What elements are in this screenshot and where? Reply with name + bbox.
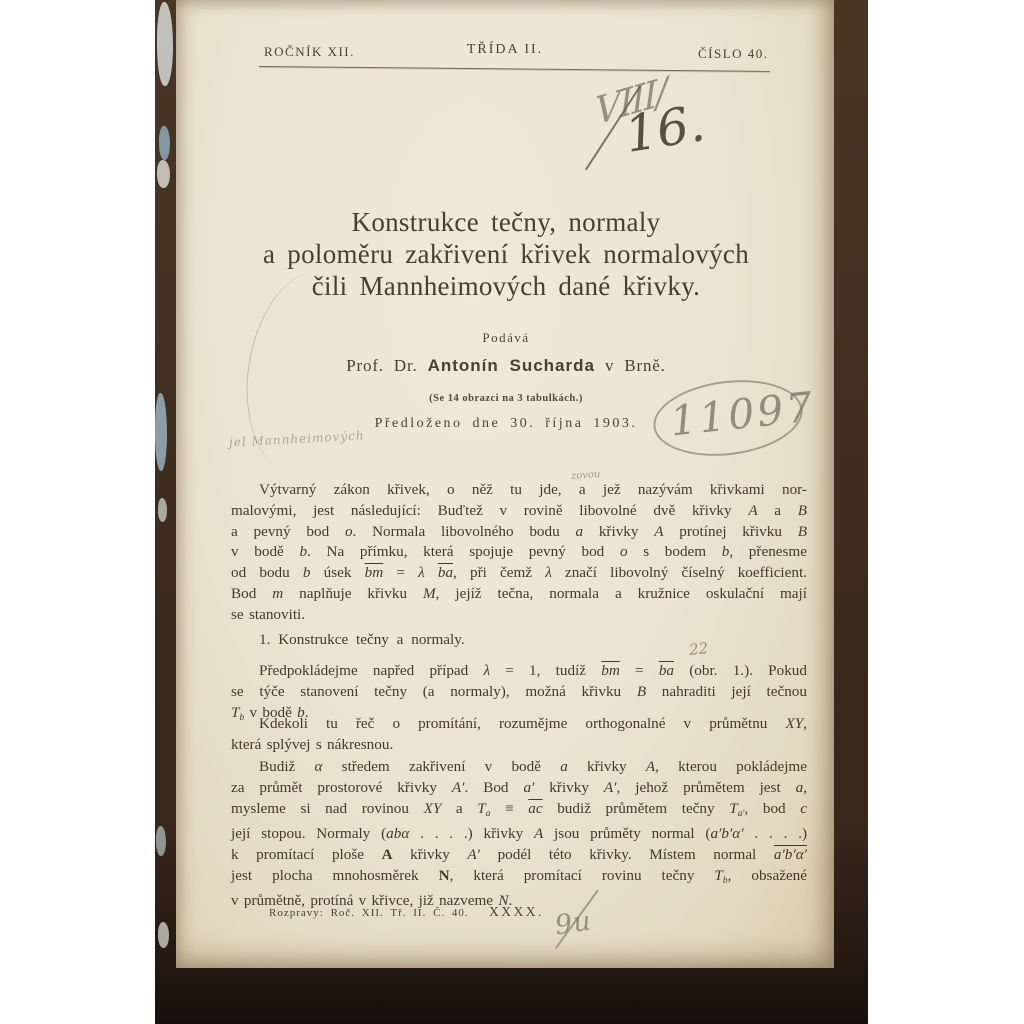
torn-paper-speck xyxy=(158,922,169,948)
section-heading: 1. Konstrukce tečny a normaly. xyxy=(231,631,807,649)
author-line: Prof. Dr. Antonín Sucharda v Brně. xyxy=(214,356,798,376)
paragraph-3: Kdekoli tu řeč o promítání, rozumějme or… xyxy=(231,714,807,756)
text-line: Budiž α středem zakřivení v bodě a křivk… xyxy=(231,757,807,778)
book-cover-background: ROČNÍK XII. TŘÍDA II. ČÍSLO 40. VIII/ 16… xyxy=(155,0,868,1024)
text-line: Výtvarný zákon křivek, o něž tu jde, a j… xyxy=(231,480,807,501)
text-line: od bodu b úsek bm = λ ba, při čemž λ zna… xyxy=(231,563,807,584)
torn-paper-speck xyxy=(158,498,167,522)
header-issue: ČÍSLO 40. xyxy=(698,46,769,62)
tape-blue-speck xyxy=(155,393,167,471)
text-line: malovými, jest následující: Buďtež v rov… xyxy=(231,501,807,522)
scanned-page-photo: ROČNÍK XII. TŘÍDA II. ČÍSLO 40. VIII/ 16… xyxy=(0,0,1024,1024)
footer-imprint: Rozpravy: Roč. XII. Tř. II. Č. 40. xyxy=(269,907,469,919)
pencil-figure-note: 22 xyxy=(688,639,709,659)
journal-page: ROČNÍK XII. TŘÍDA II. ČÍSLO 40. VIII/ 16… xyxy=(176,0,834,968)
text-line: její stopou. Normaly (abα . . . .) křivk… xyxy=(231,824,807,845)
text-line: Kdekoli tu řeč o promítání, rozumějme or… xyxy=(231,714,807,735)
text-line: v bodě b. Na přímku, která spojuje pevný… xyxy=(231,542,807,563)
text-line: za průmět prostorové křivky A′. Bod a′ k… xyxy=(231,778,807,799)
tape-blue-speck xyxy=(159,126,170,160)
title-line-1: Konstrukce tečny, normaly xyxy=(214,206,798,238)
footer-sheet-mark: XXXX. xyxy=(489,904,544,920)
text-line: která splývej s nákresnou. xyxy=(231,735,807,756)
paragraph-4: Budiž α středem zakřivení v bodě a křivk… xyxy=(231,757,807,912)
paragraph-1: Výtvarný zákon křivek, o něž tu jde, a j… xyxy=(231,480,807,626)
text-line: se týče stanovení tečny (a normaly), mož… xyxy=(231,682,807,703)
text-line: Předpokládejme napřed případ λ = 1, tudí… xyxy=(231,661,807,682)
text-line: a pevný bod o. Normala libovolného bodu … xyxy=(231,522,807,543)
torn-paper-speck xyxy=(156,826,166,856)
text-line: Bod m naplňuje křivku M, jejíž tečna, no… xyxy=(231,584,807,605)
header-rule xyxy=(259,66,770,72)
podava-label: Podává xyxy=(214,330,798,346)
torn-paper-speck xyxy=(157,160,170,188)
title-line-2: a poloměru zakřivení křivek normalových xyxy=(214,238,798,270)
text-line: mysleme si nad rovinou XY a Ta ≡ ac budi… xyxy=(231,799,807,825)
torn-paper-speck xyxy=(157,2,173,86)
text-line: jest plocha mnohosměrek N, která promíta… xyxy=(231,866,807,892)
pencil-bottom-mark: 9u xyxy=(553,906,594,942)
text-line: k promítací ploše A křivky A′ podél této… xyxy=(231,845,807,866)
text-line: se stanoviti. xyxy=(231,605,807,626)
pencil-shelf-mark-number: 16. xyxy=(621,94,709,164)
